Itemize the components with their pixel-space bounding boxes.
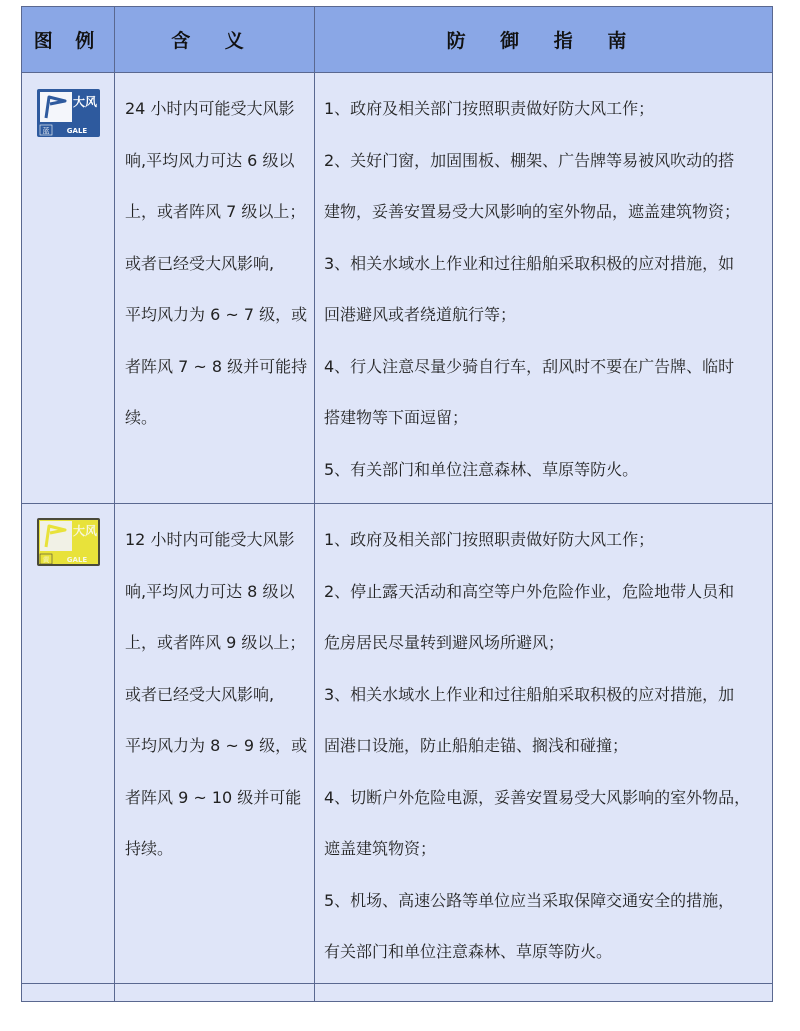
empty-cell [22,984,115,1001]
empty-cell [115,984,315,1001]
empty-cell [315,984,772,1001]
defense-guide-cell: 1、政府及相关部门按照职责做好防大风工作； 2、停止露天活动和高空等户外危险作业… [315,504,772,983]
table-header-row: 图 例 含 义 防 御 指 南 [22,7,772,73]
meaning-cell: 24 小时内可能受大风影 响,平均风力可达 6 级以 上，或者阵风 7 级以上；… [115,73,315,503]
table-row-yellow-warning: 大风 黄 GALE 12 小时内可能受大风影 响,平均风力可达 8 级以 上，或… [22,504,772,984]
legend-cell: 大风 黄 GALE [22,504,115,983]
header-meaning: 含 义 [115,7,315,72]
gale-warning-yellow-icon: 大风 黄 GALE [37,518,100,566]
gale-warning-blue-icon: 大风 蓝 GALE [37,89,100,137]
svg-text:大风: 大风 [73,523,98,538]
header-legend: 图 例 [22,7,115,72]
table-row-blue-warning: 大风 蓝 GALE 24 小时内可能受大风影 响,平均风力可达 6 级以 上，或… [22,73,772,504]
svg-text:GALE: GALE [67,556,88,564]
svg-text:黄: 黄 [43,555,51,564]
defense-guide-cell: 1、政府及相关部门按照职责做好防大风工作； 2、关好门窗，加固围板、棚架、广告牌… [315,73,772,503]
svg-text:GALE: GALE [67,127,88,135]
gale-warning-table: 图 例 含 义 防 御 指 南 大风 蓝 GALE 24 小时内可能受大风影 响… [21,6,773,1002]
svg-text:蓝: 蓝 [43,126,50,135]
legend-cell: 大风 蓝 GALE [22,73,115,503]
svg-text:大风: 大风 [73,94,98,109]
header-defense-guide: 防 御 指 南 [315,7,772,72]
meaning-cell: 12 小时内可能受大风影 响,平均风力可达 8 级以 上，或者阵风 9 级以上；… [115,504,315,983]
table-row-empty [22,984,772,1001]
